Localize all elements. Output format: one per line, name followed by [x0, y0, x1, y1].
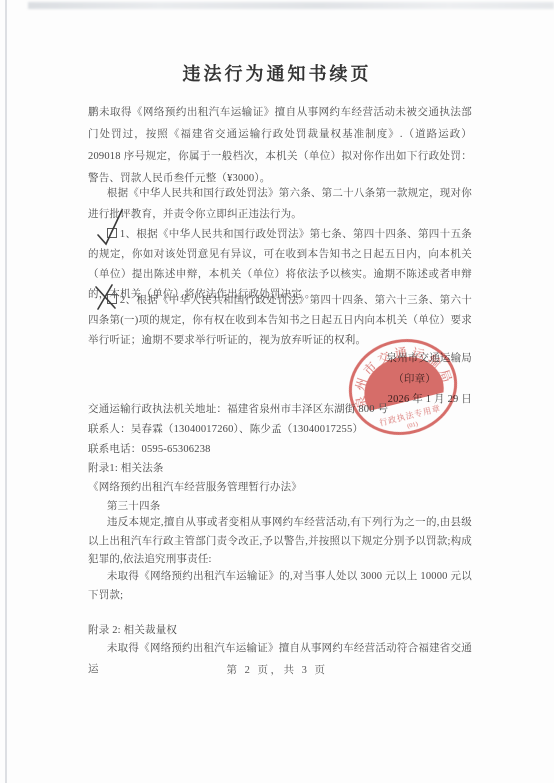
notice-paragraph-1: 鹏未取得《网络预约出租汽车运输证》擅自从事网约车经营活动未被交通执法部门处罚过，…	[88, 102, 472, 190]
contact-address: 交通运输行政执法机关地址：福建省泉州市丰泽区东湖街 800 号	[88, 400, 472, 420]
item-1-text: 根据《中华人民共和国行政处罚法》第七条、第四十四条、第四十五条的规定，你如对该处…	[88, 229, 472, 300]
checkbox-item-2	[107, 294, 117, 304]
scan-artifact-top	[28, 2, 554, 9]
contact-phone: 联系电话：0595-65306238	[88, 440, 472, 460]
annex1-paragraph-1: 违反本规定,擅自从事或者变相从事网约车经营活动,有下列行为之一的,由县级以上出租…	[88, 514, 472, 570]
page-number-footer: 第 2 页，共 3 页	[0, 662, 554, 677]
contact-block: 交通运输行政执法机关地址：福建省泉州市丰泽区东湖街 800 号 联系人：吴春霖（…	[88, 400, 472, 460]
document-title: 违法行为通知书续页	[0, 60, 554, 86]
checkbox-item-1	[107, 228, 117, 238]
annex1-paragraph-2: 未取得《网络预约出租汽车运输证》的,对当事人处以 3000 元以上 10000 …	[88, 567, 472, 605]
contact-persons: 联系人：吴春霖（13040017260）、陈少孟（13040017255）	[88, 420, 472, 440]
scanned-document-page: 违法行为通知书续页 鹏未取得《网络预约出租汽车运输证》擅自从事网约车经营活动未被…	[0, 0, 554, 783]
notice-paragraph-2: 根据《中华人民共和国行政处罚法》第六条、第二十八条第一款规定，现对你进行批评教育…	[88, 183, 472, 225]
annex1-heading: 附录1: 相关法条	[88, 458, 472, 479]
item-1-number: 1、	[120, 229, 136, 240]
annex1-law-title: 《网络预约出租汽车经营服务管理暂行办法》	[88, 477, 472, 498]
item-2-number: 2、	[120, 295, 136, 306]
